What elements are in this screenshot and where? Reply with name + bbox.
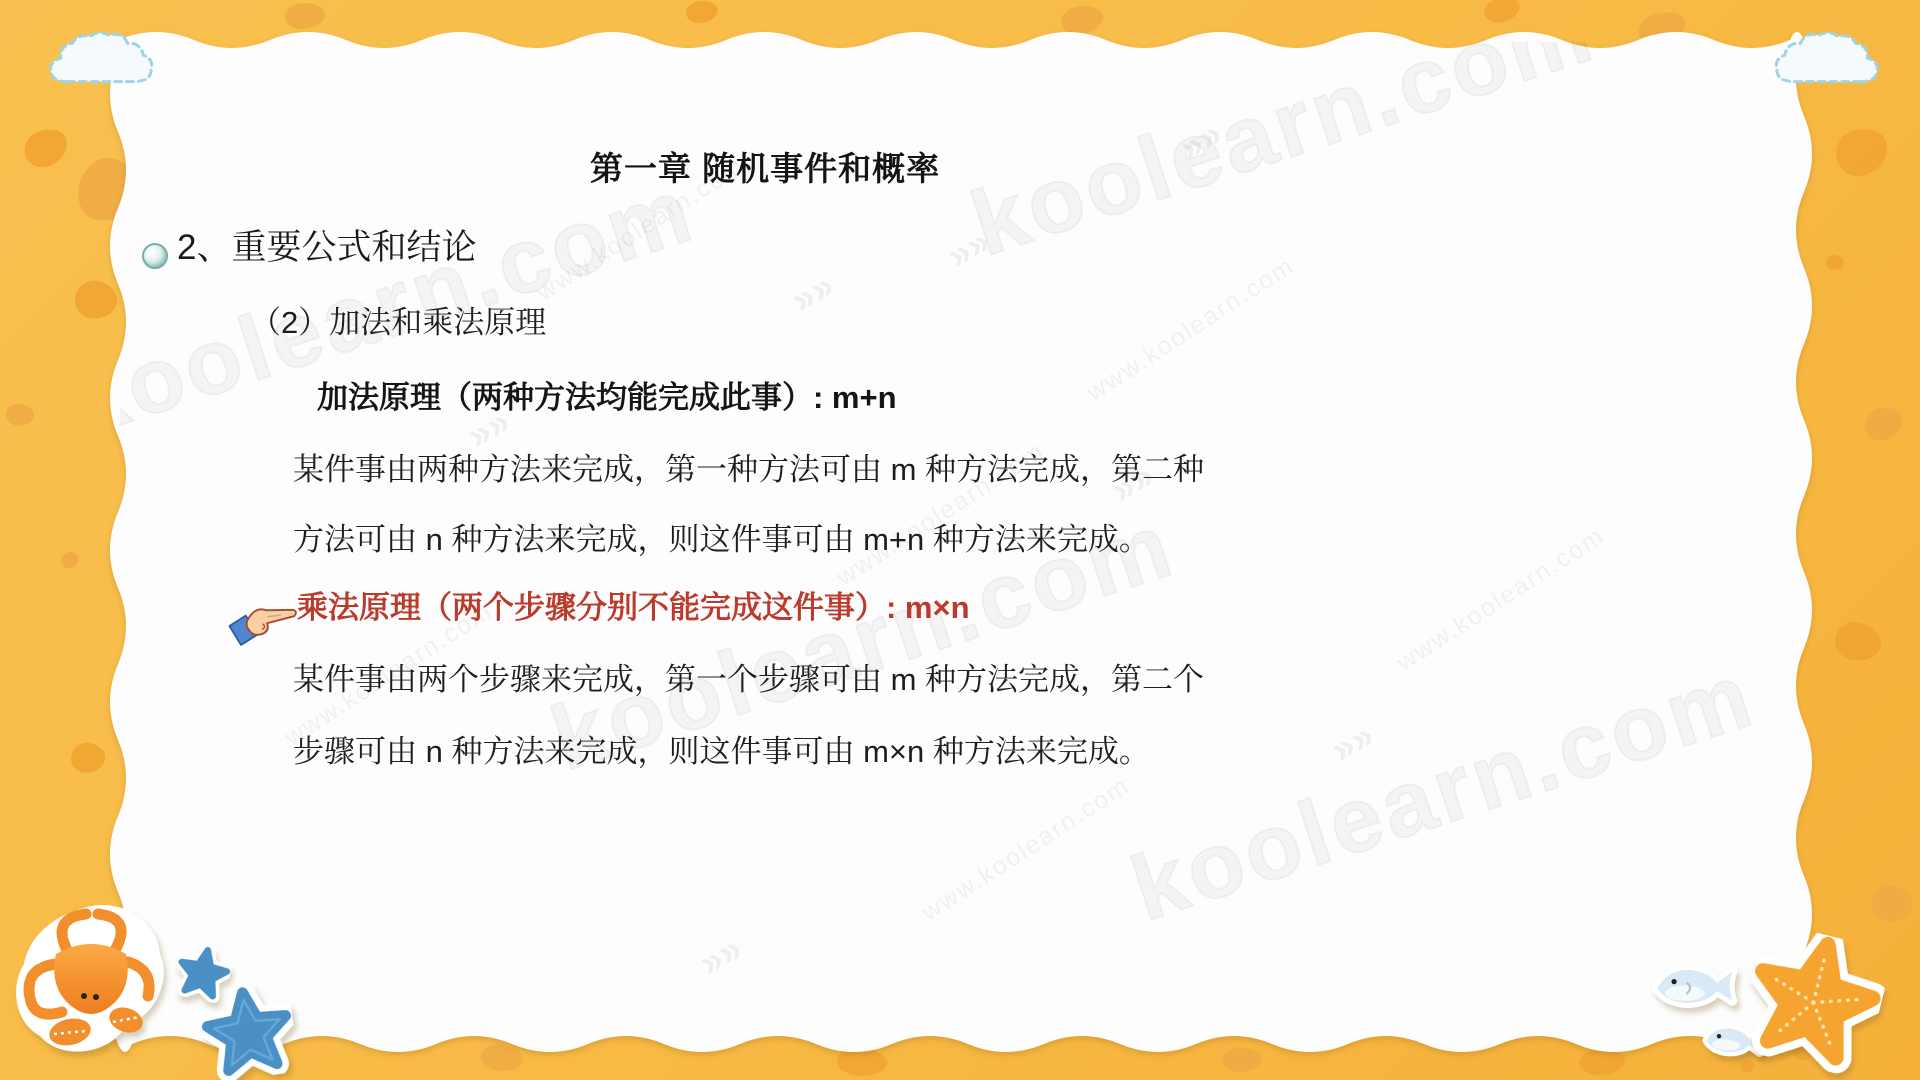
hand-finger [245,605,298,636]
addition-body-line1: 某件事由两种方法来完成，第一种方法可由 m 种方法完成，第二种 [293,451,1204,488]
multiplication-body-line1: 某件事由两个步骤来完成，第一个步骤可由 m 种方法完成，第二个 [293,661,1204,698]
subsection-heading: （2）加法和乘法原理 [250,304,546,341]
starfish-blue-large-icon [196,980,300,1080]
chapter-title: 第一章 随机事件和概率 [590,149,940,189]
addition-body-line2: 方法可由 n 种方法来完成，则这件事可由 m+n 种方法来完成。 [293,521,1150,558]
section-heading: 2、重要公式和结论 [177,227,476,269]
slide-stage: www.koolearn.comwww.koolearn.comwww.kool… [0,0,1920,1080]
cloud-icon [1768,28,1886,92]
multiplication-body-line2: 步骤可由 n 种方法来完成，则这件事可由 m×n 种方法来完成。 [293,733,1150,770]
addition-principle-heading: 加法原理（两种方法均能完成此事）: m+n [317,379,897,416]
cloud-icon [42,28,160,92]
pointing-hand-icon [221,592,304,647]
glass-bead-bullet-icon [142,243,168,269]
crab-icon [6,898,176,1070]
fish-icon [1648,958,1740,1016]
multiplication-principle-heading: 乘法原理（两个步骤分别不能完成这件事）: m×n [297,589,970,626]
